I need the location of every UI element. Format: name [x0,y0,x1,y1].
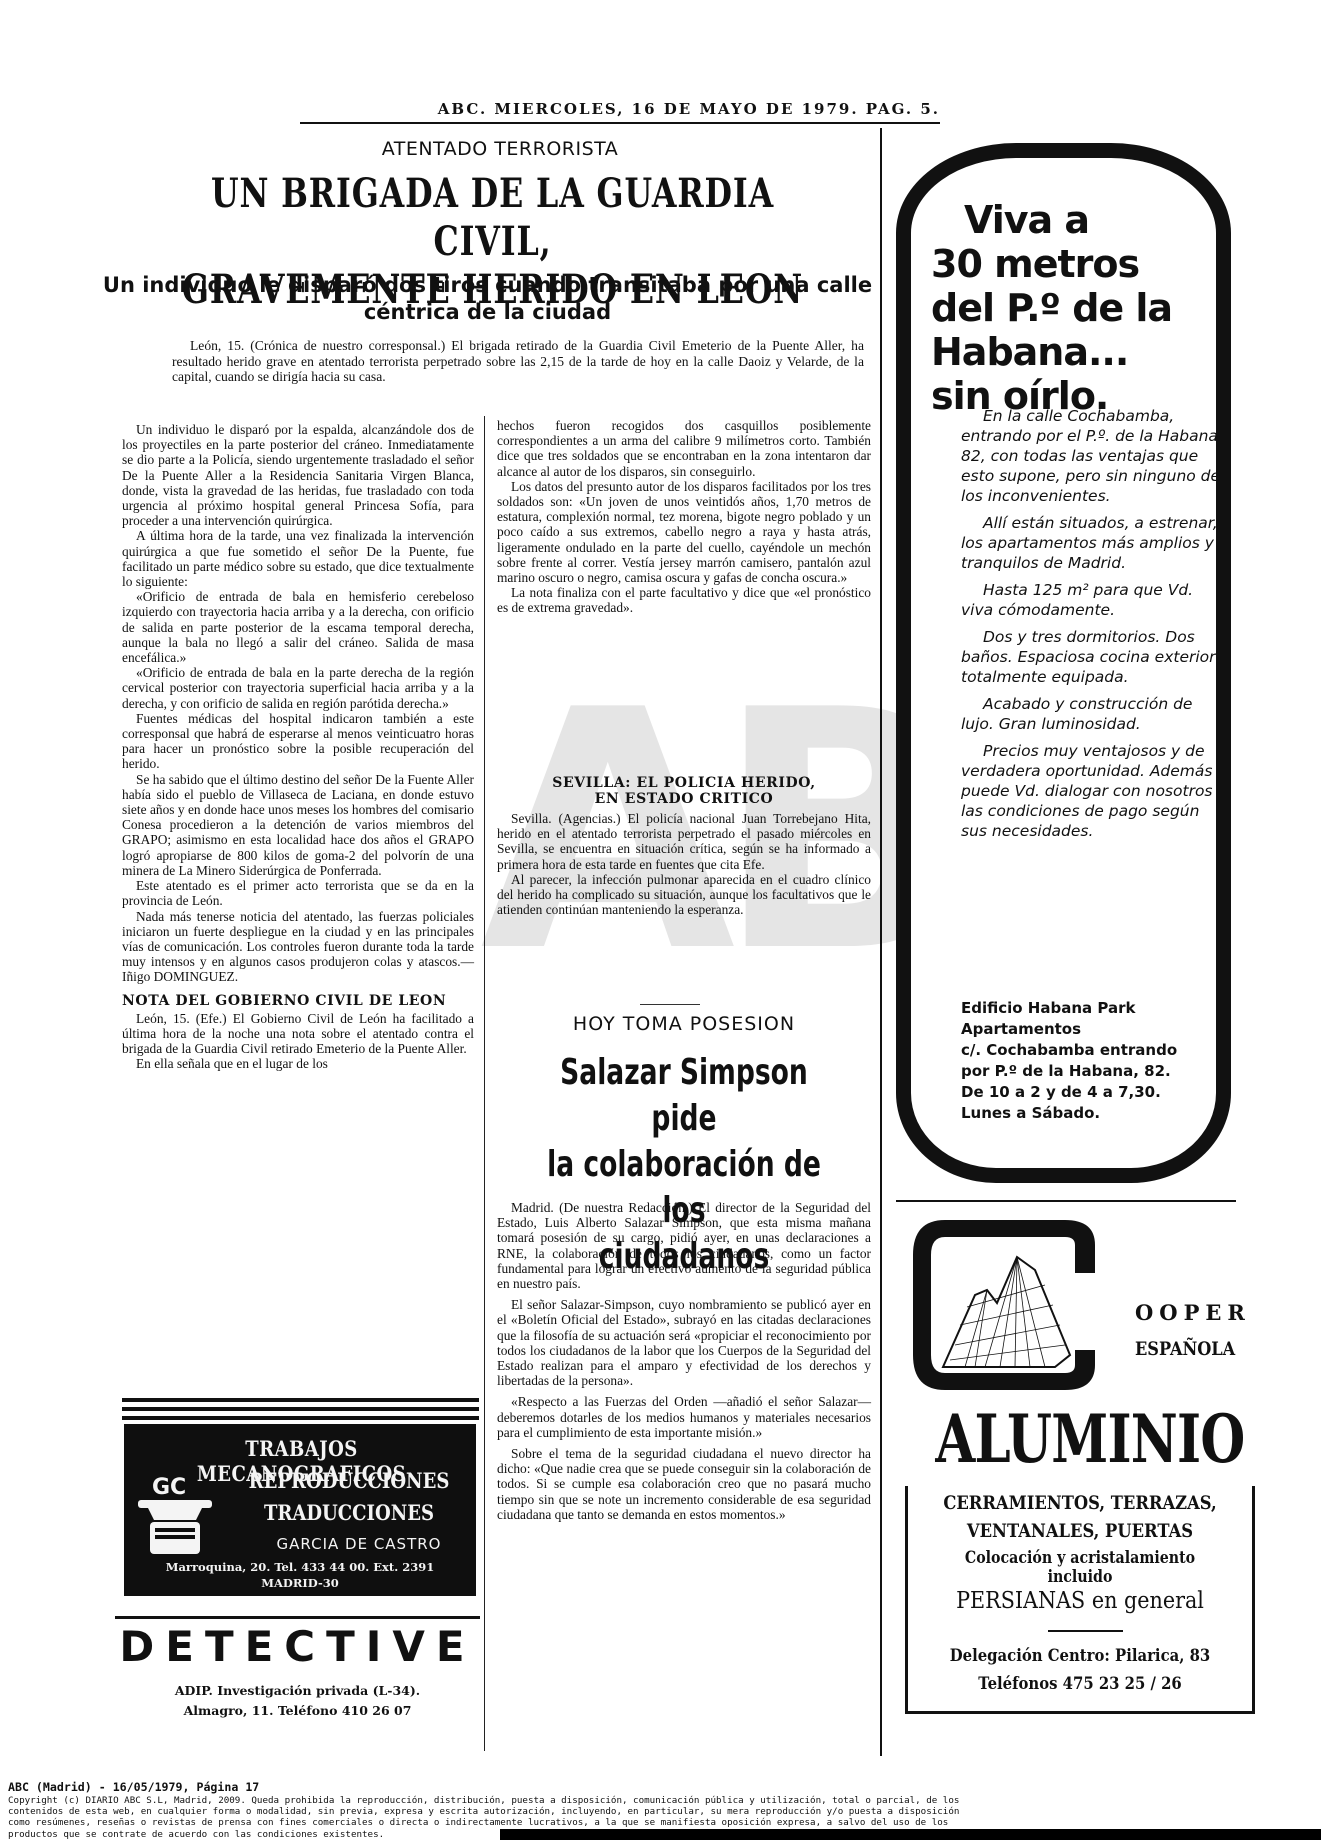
salazar-headline-line-1: Salazar Simpson pide [531,1050,838,1142]
main-subhead: Un individuo le disparó dos tiros cuando… [100,272,875,326]
habana-park-ad: Viva a 30 metros del P.º de la Habana...… [896,143,1231,1183]
story-separator [640,1004,700,1005]
cooper-brand-name: OOPER [1135,1300,1251,1325]
sevilla-title-line-2: EN ESTADO CRITICO [497,791,871,807]
masthead: ABC. MIERCOLES, 16 DE MAYO DE 1979. PAG.… [300,100,940,118]
paragraph: En ella señala que en el lugar de los [122,1056,474,1071]
column-divider [484,416,485,1751]
story-kicker: ATENTADO TERRORISTA [300,138,700,160]
habana-footer: Edificio Habana Park Apartamentos c/. Co… [961,998,1226,1124]
salazar-kicker: HOY TOMA POSESION [497,1013,871,1035]
habana-body: En la calle Cochabamba, entrando por el … [961,406,1226,848]
paragraph: «Respecto a las Fuerzas del Orden —añadi… [497,1394,871,1440]
habana-paragraph: Hasta 125 m² para que Vd. viva cómodamen… [961,580,1226,620]
detective-ad-line: ADIP. Investigación privada (L-34). [115,1683,480,1698]
subhead-line-2: céntrica de la ciudad [100,299,875,326]
paragraph: La nota finaliza con el parte facultativ… [497,585,871,615]
habana-paragraph: Acabado y construcción de lujo. Gran lum… [961,694,1226,734]
habana-title-line: 30 metros [931,242,1211,286]
archive-footer-title: ABC (Madrid) - 16/05/1979, Página 17 [8,1780,259,1794]
masthead-rule [300,122,940,124]
aluminio-phones: Teléfonos 475 23 25 / 26 [925,1674,1235,1693]
sevilla-story: SEVILLA: EL POLICIA HERIDO, EN ESTADO CR… [497,775,871,917]
ad-line: GARCIA DE CASTRO [244,1535,474,1553]
paragraph: Fuentes médicas del hospital indicaron t… [122,711,474,772]
detective-ad-title: DETECTIVE [115,1622,480,1671]
ad-rule [115,1616,480,1619]
ad-line: TRADUCCIONES [242,1500,457,1525]
cooper-brand-sub: ESPAÑOLA [1135,1338,1235,1360]
headline-line-1: UN BRIGADA DE LA GUARDIA CIVIL, [152,170,834,266]
ad-address: Marroquina, 20. Tel. 433 44 00. Ext. 239… [124,1560,476,1574]
paragraph: Madrid. (De nuestra Redacción.) El direc… [497,1200,871,1291]
paragraph: Un individuo le disparó por la espalda, … [122,422,474,528]
habana-footer-line: Apartamentos [961,1019,1226,1040]
middle-column: hechos fueron recogidos dos casquillos p… [497,418,871,616]
habana-paragraph: Precios muy ventajosos y de verdadera op… [961,741,1226,841]
habana-paragraph: En la calle Cochabamba, entrando por el … [961,406,1226,506]
habana-title-line: del P.º de la [931,286,1211,330]
left-column: Un individuo le disparó por la espalda, … [122,422,474,1071]
paragraph: León, 15. (Efe.) El Gobierno Civil de Le… [122,1011,474,1057]
sevilla-title-line-1: SEVILLA: EL POLICIA HERIDO, [497,775,871,791]
ad-rule [896,1200,1236,1202]
habana-footer-line: Edificio Habana Park [961,998,1226,1019]
ad-city: MADRID-30 [124,1576,476,1590]
aluminio-separator [1048,1630,1123,1632]
paragraph: Se ha sabido que el último destino del s… [122,772,474,878]
aluminio-address: Delegación Centro: Pilarica, 83 [925,1646,1235,1665]
paragraph: «Orificio de entrada de bala en la parte… [122,665,474,711]
detective-ad-line: Almagro, 11. Teléfono 410 26 07 [115,1703,480,1718]
aluminio-line: VENTANALES, PUERTAS [932,1520,1228,1542]
paragraph: Este atentado es el primer acto terroris… [122,878,474,908]
habana-title: Viva a 30 metros del P.º de la Habana...… [931,198,1211,418]
paragraph: Al parecer, la infección pulmonar aparec… [497,872,871,918]
typewriter-icon: GC [138,1470,212,1558]
scan-edge-bar [500,1829,1321,1840]
ad-line: REPRODUCCIONES [242,1468,457,1493]
habana-paragraph: Dos y tres dormitorios. Dos baños. Espac… [961,627,1226,687]
aluminio-line: PERSIANAS en general [925,1588,1235,1614]
paragraph: Los datos del presunto autor de los disp… [497,479,871,585]
salazar-body: Madrid. (De nuestra Redacción.) El direc… [497,1200,871,1522]
aluminio-line: Colocación y acristalamiento incluido [932,1548,1228,1586]
nota-subtitle: NOTA DEL GOBIERNO CIVIL DE LEON [122,993,474,1009]
typewriter-ad: TRABAJOS MECANOGRAFICOS REPRODUCCIONES T… [124,1424,476,1596]
habana-footer-line: por P.º de la Habana, 82. [961,1061,1226,1082]
aluminio-headline: ALUMINIO [935,1404,1200,1474]
ad-top-rules [122,1398,479,1420]
subhead-line-1: Un individuo le disparó dos tiros cuando… [100,272,875,299]
paragraph: A última hora de la tarde, una vez final… [122,528,474,589]
aluminio-details-box: CERRAMIENTOS, TERRAZAS, VENTANALES, PUER… [905,1486,1255,1714]
habana-footer-line: Lunes a Sábado. [961,1103,1226,1124]
paragraph: El señor Salazar-Simpson, cuyo nombramie… [497,1297,871,1388]
habana-footer-line: De 10 a 2 y de 4 a 7,30. [961,1082,1226,1103]
paragraph: Nada más tenerse noticia del atentado, l… [122,909,474,985]
paragraph: Sevilla. (Agencias.) El policía nacional… [497,811,871,872]
paragraph: hechos fueron recogidos dos casquillos p… [497,418,871,479]
habana-footer-line: c/. Cochabamba entrando [961,1040,1226,1061]
column-divider [880,128,882,1756]
story-lead: León, 15. (Crónica de nuestro correspons… [172,338,864,385]
habana-title-line: Habana... [931,330,1211,374]
paragraph: Sobre el tema de la seguridad ciudadana … [497,1446,871,1522]
paragraph: «Orificio de entrada de bala en hemisfer… [122,589,474,665]
habana-paragraph: Allí están situados, a estrenar, los apa… [961,513,1226,573]
typewriter-logo-letters: GC [152,1475,186,1500]
cooper-c-mountain-logo [905,1215,1105,1395]
habana-title-line: Viva a [931,198,1211,242]
aluminio-line: CERRAMIENTOS, TERRAZAS, [932,1492,1228,1514]
